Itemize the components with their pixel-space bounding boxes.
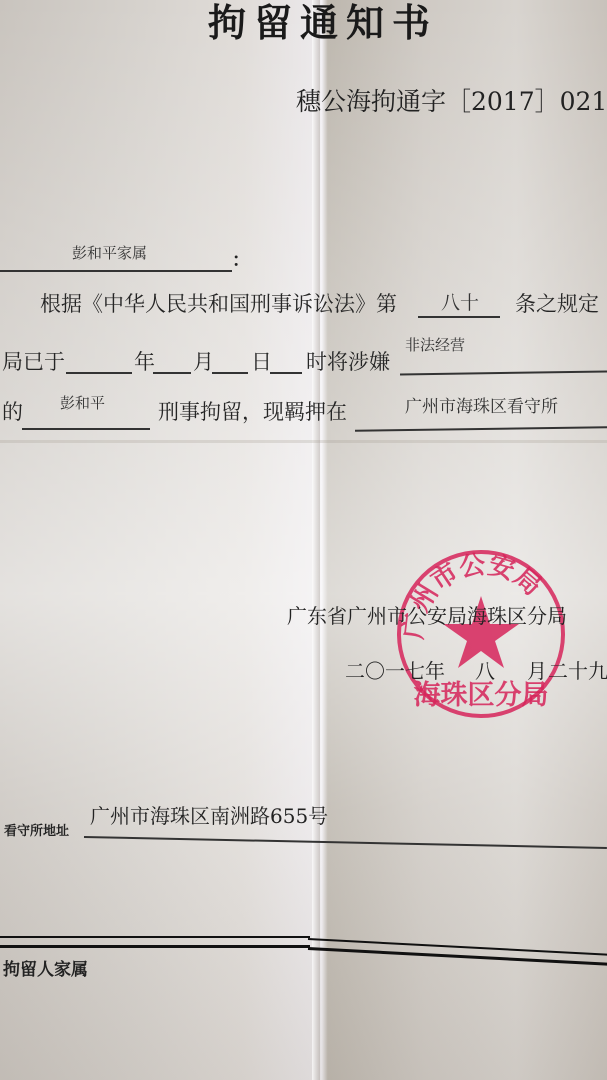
day-label: 日	[251, 346, 272, 376]
document-number: 穗公海拘通字［2017］021	[296, 82, 607, 118]
month-label: 月	[193, 346, 214, 376]
issue-date-day: 二十九	[548, 655, 607, 684]
detainee-prefix: 的	[2, 396, 23, 426]
document-title: 拘留通知书	[208, 0, 438, 47]
issue-date-month-label: 月	[527, 655, 547, 684]
year-underline	[66, 372, 132, 374]
seal-bottom-text: 海珠区分局	[414, 680, 549, 711]
addressee-value: 彭和平家属	[72, 242, 147, 263]
year-label: 年	[134, 346, 155, 376]
detention-time-prefix: 局已于	[2, 346, 65, 376]
official-seal: 广州市公安局 海珠区分局	[395, 548, 567, 720]
article-underline	[418, 316, 500, 318]
hour-underline	[270, 372, 302, 374]
suspected-label: 时将涉嫌	[306, 346, 390, 376]
month-underline	[153, 372, 191, 374]
separator-line-bottom-left	[0, 945, 310, 948]
legal-basis-prefix: 根据《中华人民共和国刑事诉讼法》第	[40, 288, 397, 318]
addressee-underline	[0, 270, 232, 272]
day-underline	[212, 372, 248, 374]
addressee-colon: ：	[232, 246, 250, 272]
address-value: 广州市海珠区南洲路655号	[90, 800, 328, 829]
legal-basis-suffix: 条之规定	[515, 288, 599, 318]
detention-location: 广州市海珠区看守所	[405, 392, 558, 417]
detainee-underline	[22, 428, 150, 430]
article-number: 八十	[441, 288, 479, 315]
horizontal-fold-crease	[0, 440, 607, 443]
detainee-name: 彭和平	[60, 392, 105, 413]
vertical-fold-crease	[312, 0, 320, 1080]
offense-value: 非法经营	[405, 334, 465, 355]
detention-middle-text: 刑事拘留，现羁押在	[158, 396, 347, 426]
footer-recipient-label: 拘留人家属	[3, 955, 88, 980]
issue-date-year: 二〇一七年	[345, 655, 445, 684]
separator-line-top-left	[0, 936, 310, 938]
issuing-authority: 广东省广州市公安局海珠区分局	[287, 600, 567, 629]
paper-background	[0, 0, 607, 1080]
issue-date-month: 八	[475, 655, 495, 684]
address-label: 看守所地址	[4, 820, 69, 839]
